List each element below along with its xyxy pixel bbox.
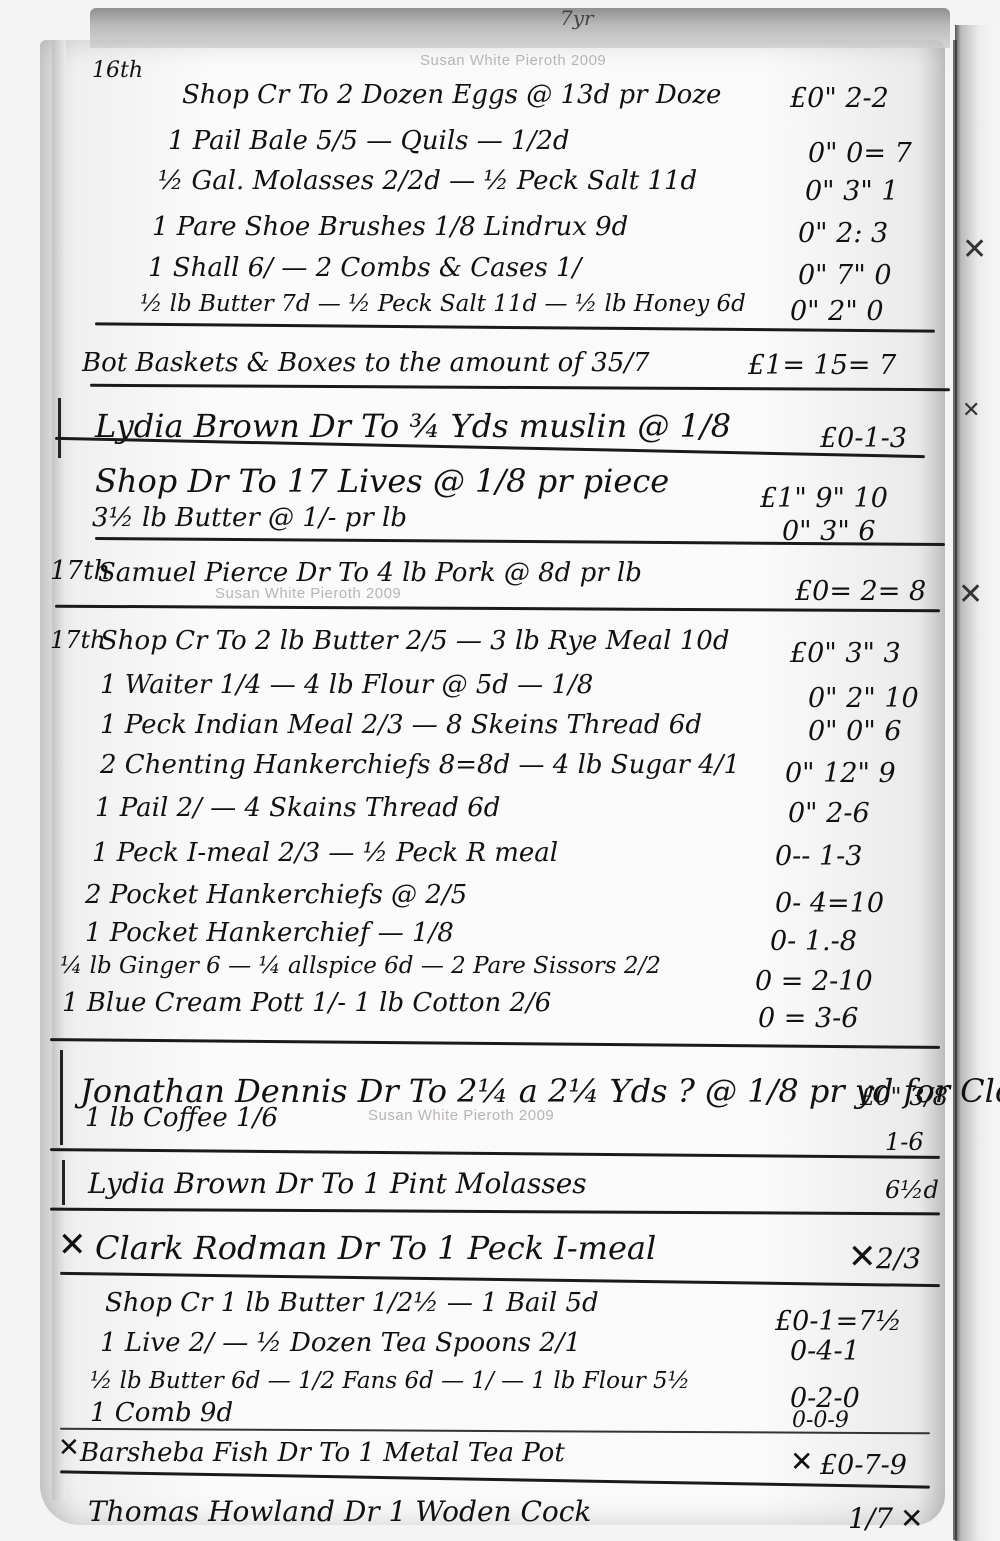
ledger-amount: 0" 2" 0 xyxy=(790,298,884,325)
ledger-line: ½ lb Butter 7d — ½ Peck Salt 11d — ½ lb … xyxy=(140,293,746,316)
ledger-amount: £0" 3" 3 xyxy=(790,640,901,667)
cross-mark-icon: ✕ xyxy=(58,1228,87,1262)
ledger-amount: £0-1=7½ xyxy=(775,1308,902,1335)
ledger-amount: 0-- 1-3 xyxy=(775,843,863,870)
ledger-amount: £1= 15= 7 xyxy=(748,352,896,379)
ledger-line: ½ Gal. Molasses 2/2d — ½ Peck Salt 11d xyxy=(158,168,697,194)
ledger-line: Shop Cr 1 lb Butter 1/2½ — 1 Bail 5d xyxy=(105,1290,599,1316)
ledger-amount: 0 = 3-6 xyxy=(758,1005,858,1032)
ledger-line: 1 Waiter 1/4 — 4 lb Flour @ 5d — 1/8 xyxy=(100,672,593,698)
watermark: Susan White Pieroth 2009 xyxy=(420,52,606,69)
ledger-amount: 0- 4=10 xyxy=(775,890,884,917)
entry-date: 17th xyxy=(50,628,106,652)
ledger-amount: 0 = 2-10 xyxy=(755,968,873,995)
ledger-line: 1 Blue Cream Pott 1/- 1 lb Cotton 2/6 xyxy=(62,990,551,1016)
cross-mark-icon: ✕ xyxy=(962,235,987,265)
ledger-line: 1 Peck Indian Meal 2/3 — 8 Skeins Thread… xyxy=(100,712,702,738)
ledger-amount: 0- 1.-8 xyxy=(770,928,857,955)
ledger-line: Shop Dr To 17 Lives @ 1/8 pr piece xyxy=(95,465,669,497)
ledger-amount: £0-1-3 xyxy=(820,425,907,452)
ledger-amount: 1/7 xyxy=(848,1505,893,1533)
ledger-line: 1 Pail Bale 5/5 — Quils — 1/2d xyxy=(168,128,570,154)
ledger-line: 1 Pocket Hankerchief — 1/8 xyxy=(85,920,454,946)
ledger-amount: £0" 2-2 xyxy=(790,85,889,112)
bracket-mark xyxy=(60,1050,63,1145)
ledger-amount: 0-4-1 xyxy=(790,1338,860,1365)
ledger-amount: £0= 2= 8 xyxy=(795,578,926,605)
ledger-line: 1 Shall 6/ — 2 Combs & Cases 1/ xyxy=(148,255,581,281)
ledger-line: 1 Pare Shoe Brushes 1/8 Lindrux 9d xyxy=(152,214,628,240)
ledger-amount: 0" 12" 9 xyxy=(785,760,896,787)
ledger-amount: 6½d xyxy=(885,1178,939,1202)
page-top-edge xyxy=(90,8,950,48)
cross-mark-icon: ✕ xyxy=(848,1240,877,1274)
ledger-line: 1 Comb 9d xyxy=(90,1400,233,1426)
account-name-line: Lydia Brown Dr To 1 Pint Molasses xyxy=(88,1170,587,1198)
bracket-mark xyxy=(58,398,61,458)
cross-mark-icon: ✕ xyxy=(900,1505,923,1533)
ledger-amount: £1" 9" 10 xyxy=(760,485,888,512)
cross-mark-icon: ✕ xyxy=(790,1448,813,1476)
ledger-amount: £0" 3/8 xyxy=(860,1085,948,1109)
account-name-line: Barsheba Fish Dr To 1 Metal Tea Pot xyxy=(80,1440,565,1466)
ledger-line: Bot Baskets & Boxes to the amount of 35/… xyxy=(82,350,650,376)
account-name-line: Clark Rodman Dr To 1 Peck I-meal xyxy=(95,1232,656,1264)
ledger-amount: 0" 0" 6 xyxy=(808,718,902,745)
ledger-line: ½ lb Butter 6d — 1/2 Fans 6d — 1/ — 1 lb… xyxy=(90,1370,690,1393)
ledger-line: 1 Live 2/ — ½ Dozen Tea Spoons 2/1 xyxy=(100,1330,581,1356)
ledger-line: Shop Cr To 2 Dozen Eggs @ 13d pr Doze xyxy=(182,82,721,108)
cross-mark-icon: ✕ xyxy=(962,400,980,422)
ledger-line: 1 Pail 2/ — 4 Skains Thread 6d xyxy=(95,795,500,821)
cross-mark-icon: ✕ xyxy=(958,580,983,610)
ledger-line: 2 Pocket Hankerchiefs @ 2/5 xyxy=(85,882,467,908)
ledger-amount: 0" 2-6 xyxy=(788,800,870,827)
page-left-edge xyxy=(52,40,66,1500)
ledger-amount: 0" 0= 7 xyxy=(808,140,912,167)
cross-mark-icon: ✕ xyxy=(58,1435,80,1461)
entry-date: 16th xyxy=(92,60,143,82)
ledger-line: Shop Cr To 2 lb Butter 2/5 — 3 lb Rye Me… xyxy=(100,628,729,654)
ledger-amount: 0-0-9 xyxy=(792,1410,849,1432)
ledger-line: 1 Peck I-meal 2/3 — ½ Peck R meal xyxy=(92,840,558,866)
ledger-amount: 0" 7" 0 xyxy=(798,262,892,289)
ledger-amount: 0" 3" 1 xyxy=(805,178,899,205)
account-name-line: Lydia Brown Dr To ¾ Yds muslin @ 1/8 xyxy=(95,410,731,442)
book-spine xyxy=(953,40,957,1540)
ledger-amount: 2/3 xyxy=(876,1245,921,1273)
ledger-amount: £0-7-9 xyxy=(820,1452,907,1479)
ledger-line: 3½ lb Butter @ 1/- pr lb xyxy=(92,505,407,531)
ledger-amount: 0" 2" 10 xyxy=(808,685,919,712)
account-name-line: Thomas Howland Dr 1 Woden Cock xyxy=(88,1498,591,1526)
ledger-line: ¼ lb Ginger 6 — ¼ allspice 6d — 2 Pare S… xyxy=(60,955,661,978)
ledger-amount: 0" 2: 3 xyxy=(798,220,888,247)
ledger-line: 1 lb Coffee 1/6 xyxy=(85,1105,278,1131)
ledger-line: Samuel Pierce Dr To 4 lb Pork @ 8d pr lb xyxy=(98,560,642,586)
ledger-line: 2 Chenting Hankerchiefs 8=8d — 4 lb Suga… xyxy=(100,752,740,778)
bracket-mark xyxy=(62,1160,65,1205)
ledger-amount: 1-6 xyxy=(885,1130,924,1154)
header-fragment: 7yr xyxy=(560,8,594,28)
